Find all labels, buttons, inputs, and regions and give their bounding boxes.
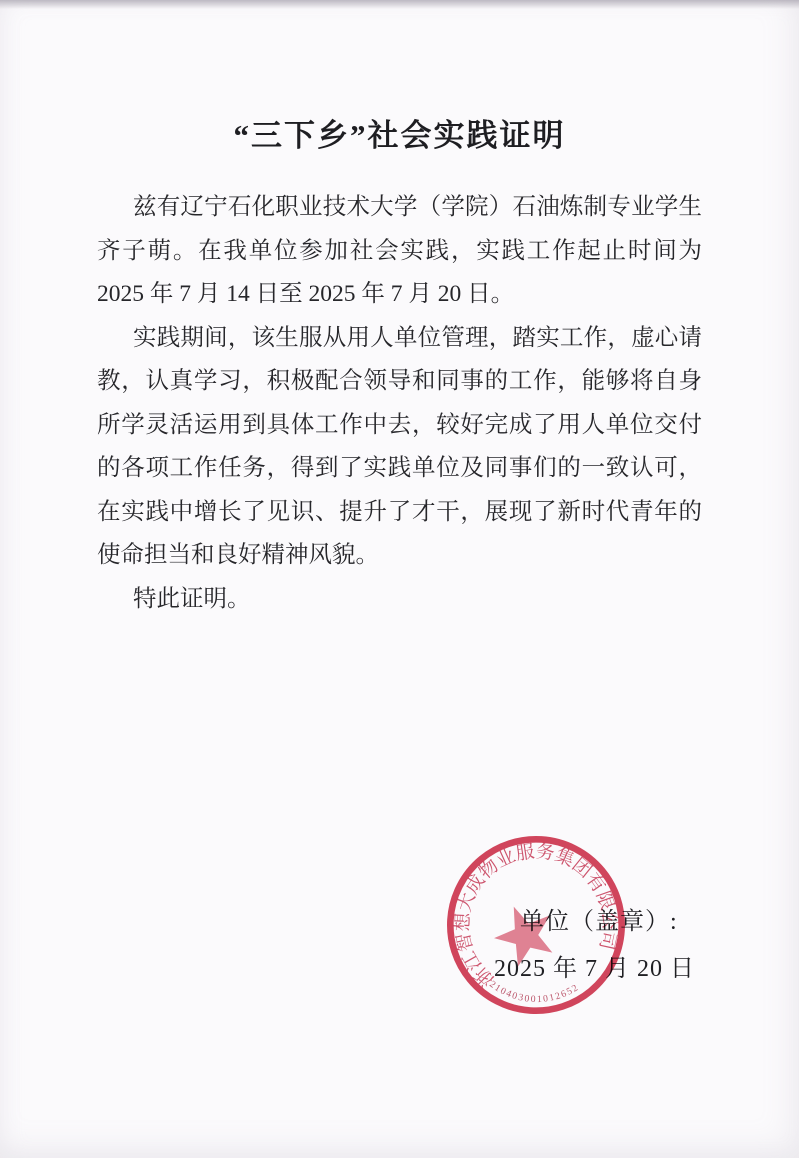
document-title: “三下乡”社会实践证明 <box>0 110 799 155</box>
signature-date: 2025 年 7 月 20 日 <box>494 948 695 983</box>
scan-edge-shadow <box>0 0 799 9</box>
scanned-certificate-page: “三下乡”社会实践证明 兹有辽宁石化职业技术大学（学院）石油炼制专业学生齐子萌。… <box>0 0 799 1158</box>
paragraph-intro: 兹有辽宁石化职业技术大学（学院）石油炼制专业学生齐子萌。在我单位参加社会实践，实… <box>97 186 702 317</box>
paragraph-closing: 特此证明。 <box>97 578 702 622</box>
document-body: 兹有辽宁石化职业技术大学（学院）石油炼制专业学生齐子萌。在我单位参加社会实践，实… <box>97 186 702 621</box>
paragraph-evaluation: 实践期间，该生服从用人单位管理，踏实工作，虚心请教，认真学习，积极配合领导和同事… <box>97 317 702 578</box>
unit-seal-label: 单位（盖章）: <box>520 901 678 936</box>
